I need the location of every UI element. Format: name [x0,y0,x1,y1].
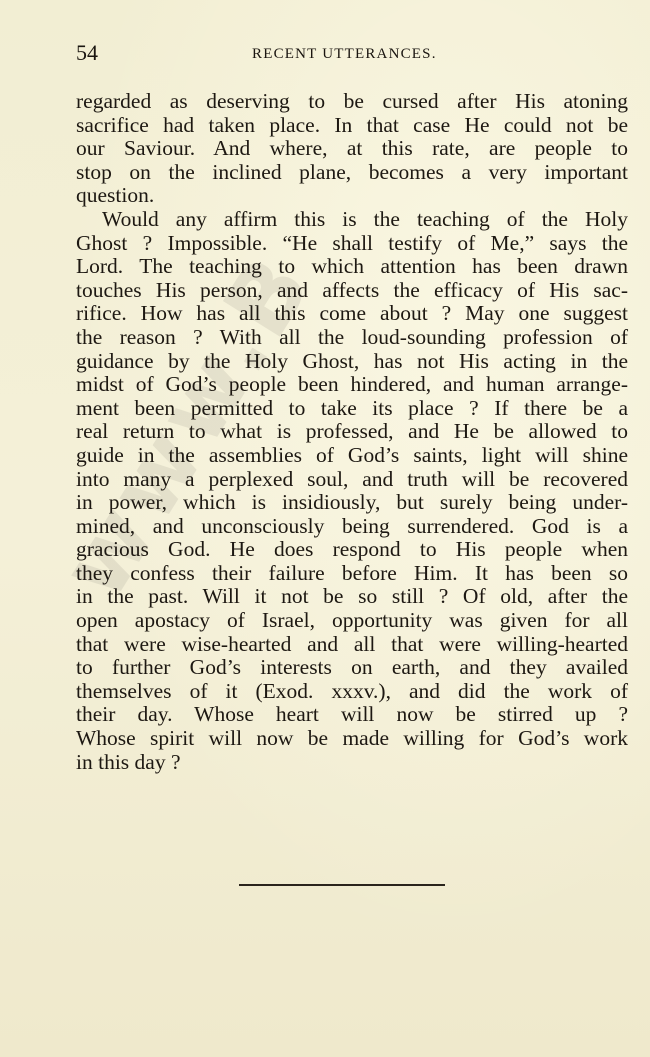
paragraph-continuation: regarded as deserving to be cursed after… [76,90,628,208]
running-head: 54 RECENT UTTERANCES. [76,40,628,70]
text-line: stop on the inclined plane, becomes a ve… [76,161,628,185]
text-line: question. [76,184,628,208]
text-line: into many a perplexed soul, and truth wi… [76,468,628,492]
text-line: mined, and unconsciously being surrender… [76,515,628,539]
text-line: guidance by the Holy Ghost, has not His … [76,350,628,374]
page-number: 54 [76,40,98,66]
text-line: sacrifice had taken place. In that case … [76,114,628,138]
paragraph-main: Would any affirm this is the teaching of… [76,208,628,774]
text-line: Ghost ? Impossible. “He shall testify of… [76,232,628,256]
text-line: they confess their failure before Him. I… [76,562,628,586]
text-line: guide in the assemblies of God’s saints,… [76,444,628,468]
text-line: in the past. Will it not be so still ? O… [76,585,628,609]
text-line: gracious God. He does respond to His peo… [76,538,628,562]
text-line: Would any affirm this is the teaching of… [76,208,628,232]
text-line: themselves of it (Exod. xxxv.), and did … [76,680,628,704]
text-line: regarded as deserving to be cursed after… [76,90,628,114]
text-line: in this day ? [76,751,628,775]
text-line: rifice. How has all this come about ? Ma… [76,302,628,326]
text-line: in power, which is insidiously, but sure… [76,491,628,515]
text-line: ment been permitted to take its place ? … [76,397,628,421]
text-line: real return to what is professed, and He… [76,420,628,444]
book-page: www.B 54 RECENT UTTERANCES. regarded as … [0,0,650,1057]
text-line: midst of God’s people been hindered, and… [76,373,628,397]
text-line: Lord. The teaching to which attention ha… [76,255,628,279]
text-line: the reason ? With all the loud-sounding … [76,326,628,350]
body-text: regarded as deserving to be cursed after… [76,90,628,774]
text-line: open apostacy of Israel, opportunity was… [76,609,628,633]
text-line: our Saviour. And where, at this rate, ar… [76,137,628,161]
section-end-rule [239,884,445,886]
text-line: touches His person, and affects the effi… [76,279,628,303]
text-line: Whose spirit will now be made willing fo… [76,727,628,751]
text-line: their day. Whose heart will now be stirr… [76,703,628,727]
text-line: to further God’s interests on earth, and… [76,656,628,680]
text-line: that were wise-hearted and all that were… [76,633,628,657]
running-title: RECENT UTTERANCES. [252,46,437,63]
